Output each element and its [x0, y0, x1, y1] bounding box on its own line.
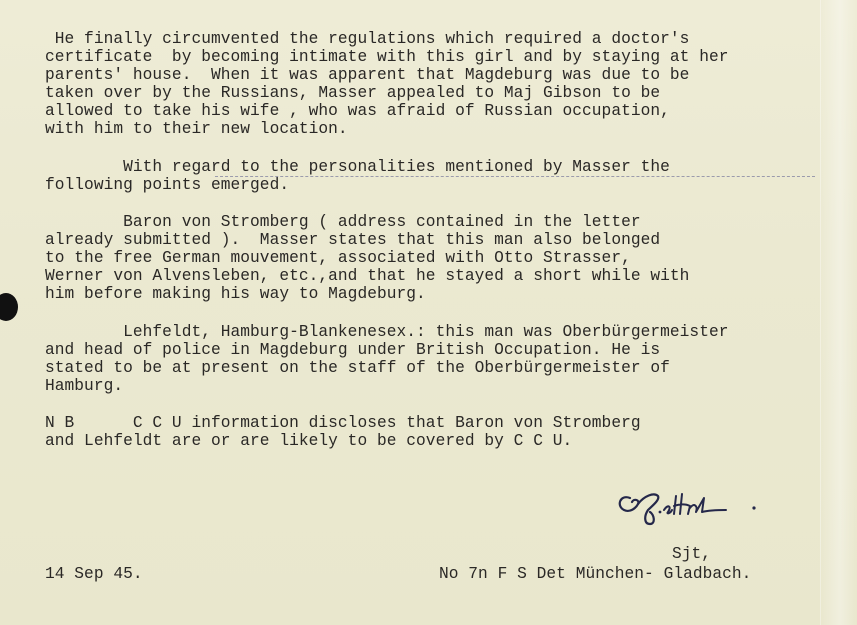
- punch-hole: [0, 293, 18, 321]
- paper-crease: [820, 0, 821, 625]
- pencil-rule-line: [215, 176, 815, 177]
- document-page: He finally circumvented the regulations …: [0, 0, 857, 625]
- text-line: allowed to take his wife , who was afrai…: [45, 102, 670, 120]
- text-line: parents' house. When it was apparent tha…: [45, 66, 689, 84]
- handwritten-signature: [614, 484, 764, 532]
- text-line: with him to their new location.: [45, 120, 348, 138]
- text-line: Baron von Stromberg ( address contained …: [45, 213, 641, 231]
- text-line: to the free German mouvement, associated…: [45, 249, 631, 267]
- text-line: certificate by becoming intimate with th…: [45, 48, 729, 66]
- text-line: him before making his way to Magdeburg.: [45, 285, 426, 303]
- text-line: Lehfeldt, Hamburg-Blankenesex.: this man…: [45, 323, 729, 341]
- signatory-rank: Sjt,: [672, 545, 711, 563]
- text-line: already submitted ). Masser states that …: [45, 231, 660, 249]
- text-line: He finally circumvented the regulations …: [45, 30, 689, 48]
- text-line: Hamburg.: [45, 377, 123, 395]
- text-line: and Lehfeldt are or are likely to be cov…: [45, 432, 572, 450]
- text-line: With regard to the personalities mention…: [45, 158, 670, 176]
- document-date: 14 Sep 45.: [45, 565, 143, 583]
- text-line: and head of police in Magdeburg under Br…: [45, 341, 660, 359]
- text-line: taken over by the Russians, Masser appea…: [45, 84, 660, 102]
- signatory-unit: No 7n F S Det München- Gladbach.: [439, 565, 751, 583]
- text-line: Werner von Alvensleben, etc.,and that he…: [45, 267, 689, 285]
- text-line: N B C C U information discloses that Bar…: [45, 414, 641, 432]
- text-line: stated to be at present on the staff of …: [45, 359, 670, 377]
- text-line: following points emerged.: [45, 176, 289, 194]
